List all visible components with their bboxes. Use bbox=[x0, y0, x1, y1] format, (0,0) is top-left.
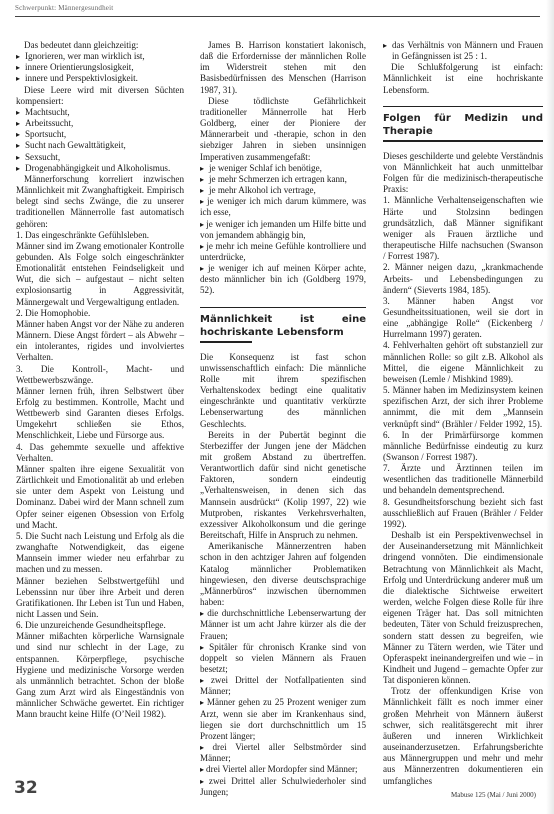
section-paragraph: Amerikanische Männerzentren haben schon … bbox=[200, 541, 366, 608]
scan-edge-shadow bbox=[546, 0, 554, 814]
list-item: je weniger ich auf meinen Körper achte, … bbox=[200, 263, 366, 296]
list-item: Männer gehen zu 25 Prozent weniger zum A… bbox=[200, 697, 366, 742]
addiction-bullet-list: Machtsucht, Arbeitssucht, Sportsucht, Su… bbox=[16, 107, 184, 174]
point-title: 4. Das gehemmte sexuelle und affektive V… bbox=[16, 442, 184, 464]
list-item: Sportsucht, bbox=[16, 129, 184, 140]
numbered-item: 3. Männer haben Angst vor Gesundheitssit… bbox=[383, 296, 543, 341]
list-item: Arbeitssucht, bbox=[16, 118, 184, 129]
list-item: je mehr Schmerzen ich ertragen kann, bbox=[200, 174, 366, 185]
numbered-item: 7. Ärzte und Ärztinnen teilen im wesentl… bbox=[383, 463, 543, 496]
heading-underline bbox=[383, 140, 543, 142]
list-item: je weniger Schlaf ich benötige, bbox=[200, 163, 366, 174]
heading-underline bbox=[200, 341, 252, 343]
imperatives-list-continued: je weniger ich mich darum kümmere, was i… bbox=[200, 196, 366, 296]
intro-text: Das bedeutet dann gleichzeitig: bbox=[16, 40, 184, 51]
list-item: je weniger ich mich darum kümmere, was i… bbox=[200, 196, 366, 218]
list-item: drei Viertel aller Selbstmörder sind Män… bbox=[200, 742, 366, 764]
compensation-text: Diese Leere wird mit diversen Süchten ko… bbox=[16, 85, 184, 107]
list-item: Sucht nach Gewalttätigkeit, bbox=[16, 140, 184, 151]
point-title: 6. Die unzureichende Gesundheitspflege. bbox=[16, 620, 184, 631]
list-item: innere und Perspektivlosigkeit. bbox=[16, 73, 184, 84]
list-item: Sexsucht, bbox=[16, 152, 184, 163]
list-item: je mehr Alkohol ich vertrage, bbox=[200, 185, 366, 196]
point-text: Männer mißachten körperliche Warnsignale… bbox=[16, 631, 184, 720]
left-column: Das bedeutet dann gleichzeitig: Ignorier… bbox=[16, 40, 184, 721]
list-item: das Verhältnis von Männern und Frauen in… bbox=[383, 40, 543, 62]
numbered-item: 6. In der Primärfürsorge kommen männlich… bbox=[383, 430, 543, 463]
intro-bullet-list: Ignorieren, wer man wirklich ist, innere… bbox=[16, 51, 184, 84]
page-number: 32 bbox=[14, 778, 38, 798]
running-head: Schwerpunkt: Männergesundheit bbox=[15, 4, 535, 12]
point-text: Männer beziehen Selbstwertgefühl und Leb… bbox=[16, 576, 184, 621]
research-text: Männerforschung korreliert inzwischen Mä… bbox=[16, 174, 184, 230]
goldberg-intro: Diese tödlichste Gefährlichkeit traditio… bbox=[200, 96, 366, 163]
numbered-item: 4. Fehlverhalten gehört oft substanziell… bbox=[383, 340, 543, 385]
list-item: Spitäler für chronisch Kranke sind von d… bbox=[200, 642, 366, 675]
point-title: 2. Die Homophobie. bbox=[16, 308, 184, 319]
list-item: Ignorieren, wer man wirklich ist, bbox=[16, 51, 184, 62]
point-text: Männer spalten ihre eigene Sexualität vo… bbox=[16, 464, 184, 531]
middle-column: James B. Harrison konstatiert lakonisch,… bbox=[200, 40, 366, 798]
list-item: Machtsucht, bbox=[16, 107, 184, 118]
point-text: Männer lernen früh, ihren Selbstwert übe… bbox=[16, 386, 184, 442]
list-item: drei Viertel aller Mordopfer sind Männer… bbox=[200, 764, 366, 775]
facts-list-continued: das Verhältnis von Männern und Frauen in… bbox=[383, 40, 543, 62]
crisis-paragraph: Trotz der offenkundigen Krise von Männli… bbox=[383, 686, 543, 786]
section-intro: Dieses geschilderte und gelebte Verständ… bbox=[383, 151, 543, 196]
section-paragraph: Bereits in der Pubertät beginnt die Ster… bbox=[200, 430, 366, 542]
perspective-paragraph: Deshalb ist ein Perspektivenwechsel in d… bbox=[383, 530, 543, 686]
numbered-item: 1. Männliche Verhaltenseigenschaften wie… bbox=[383, 195, 543, 262]
point-text: Männer sind im Zwang emotionaler Kontrol… bbox=[16, 241, 184, 308]
list-item: zwei Drittel der Notfallpatienten sind M… bbox=[200, 675, 366, 697]
list-item: je weniger ich jemanden um Hilfe bitte u… bbox=[200, 219, 366, 241]
point-title: 3. Die Kontroll-, Macht- und Wettbewerbs… bbox=[16, 364, 184, 386]
list-item: zwei Drittel aller Schulwiederholer sind… bbox=[200, 776, 366, 798]
list-item: die durchschnittliche Lebenserwartung de… bbox=[200, 608, 366, 641]
right-column: das Verhältnis von Männern und Frauen in… bbox=[383, 40, 543, 787]
section-divider bbox=[383, 106, 543, 107]
harrison-paragraph: James B. Harrison konstatiert lakonisch,… bbox=[200, 40, 366, 96]
numbered-item: 8. Gesundheitsforschung bezieht sich fas… bbox=[383, 497, 543, 530]
point-title: 5. Die Sucht nach Leistung und Erfolg al… bbox=[16, 531, 184, 576]
section-paragraph: Die Konsequenz ist fast schon unwissensc… bbox=[200, 352, 366, 430]
list-item: je mehr ich meine Gefühle kontrolliere u… bbox=[200, 241, 366, 263]
section-divider bbox=[200, 307, 366, 308]
conclusion-text: Die Schlußfolgerung ist einfach: Männlic… bbox=[383, 62, 543, 95]
header-rule bbox=[15, 16, 540, 17]
section-heading: Männlichkeit ist eine hochriskante Leben… bbox=[200, 313, 366, 339]
list-item: Drogenabhängigkeit und Alkoholismus. bbox=[16, 163, 184, 174]
numbered-item: 2. Männer neigen dazu, „krankmachende Ar… bbox=[383, 262, 543, 295]
numbered-item: 5. Männer haben im Medizinsystem keinen … bbox=[383, 385, 543, 430]
list-item: innere Orientierungslosigkeit, bbox=[16, 62, 184, 73]
imperatives-list: je weniger Schlaf ich benötige, je mehr … bbox=[200, 163, 366, 196]
journal-footer: Mabuse 125 (Mai / Juni 2000) bbox=[451, 791, 536, 799]
facts-list: die durchschnittliche Lebenserwartung de… bbox=[200, 608, 366, 798]
section-heading: Folgen für Medizin und Therapie bbox=[383, 112, 543, 138]
point-text: Männer haben Angst vor der Nähe zu ander… bbox=[16, 319, 184, 364]
point-title: 1. Das eingeschränkte Gefühlsleben. bbox=[16, 230, 184, 241]
